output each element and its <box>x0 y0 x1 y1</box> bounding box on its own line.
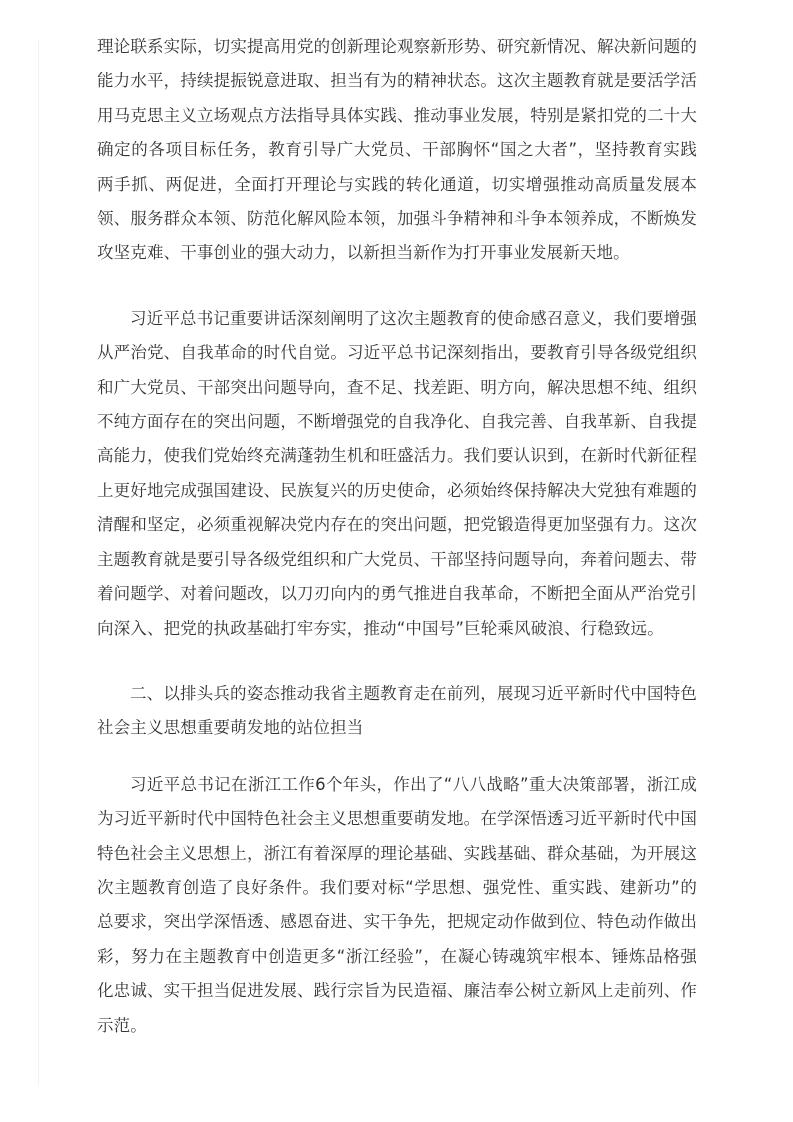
paragraph-continuation: 理论联系实际，切实提高用党的创新理论观察新形势、研究新情况、解决新问题的能力水平… <box>97 30 697 271</box>
page-edge-divider <box>38 40 39 1085</box>
section-heading-two: 二、以排头兵的姿态推动我省主题教育走在前列，展现习近平新时代中国特色社会主义思想… <box>97 677 697 746</box>
paragraph-self-revolution: 习近平总书记重要讲话深刻阐明了这次主题教育的使命感召意义，我们要增强从严治党、自… <box>97 302 697 646</box>
document-page: 理论联系实际，切实提高用党的创新理论观察新形势、研究新情况、解决新问题的能力水平… <box>0 0 793 1122</box>
paragraph-zhejiang: 习近平总书记在浙江工作6个年头，作出了“八八战略”重大决策部署，浙江成为习近平新… <box>97 768 697 1043</box>
document-body: 理论联系实际，切实提高用党的创新理论观察新形势、研究新情况、解决新问题的能力水平… <box>97 30 697 1074</box>
